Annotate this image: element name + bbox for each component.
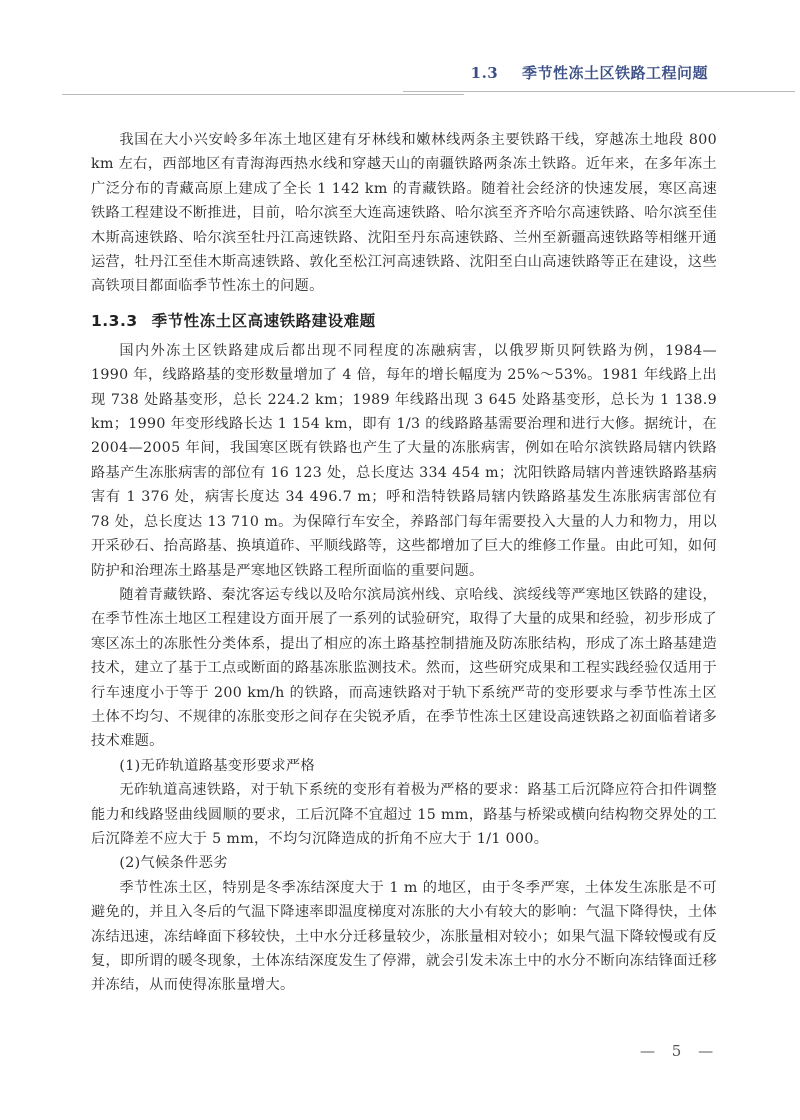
subsection-title: 季节性冻土区高速铁路建设难题	[152, 312, 376, 330]
page-number: — 5 —	[640, 1042, 719, 1060]
header-rule	[62, 94, 464, 95]
page-body: 我国在大小兴安岭多年冻土地区建有牙林线和嫩林线两条主要铁路干线，穿越冻土地段 8…	[91, 128, 717, 998]
subsection-heading: 1.3.3季节性冻土区高速铁路建设难题	[91, 309, 717, 333]
header-rule-accent	[403, 91, 795, 92]
body-paragraph: 随着青藏铁路、秦沈客运专线以及哈尔滨局滨州线、京哈线、滨绥线等严寒地区铁路的建设…	[91, 583, 717, 754]
running-header: 1.3 季节性冻土区铁路工程问题	[471, 62, 708, 86]
header-section-number: 1.3	[471, 64, 499, 82]
item-paragraph: 季节性冻土区，特别是冬季冻结深度大于 1 m 的地区，由于冬季严寒，土体发生冻胀…	[91, 876, 717, 998]
intro-paragraph: 我国在大小兴安岭多年冻土地区建有牙林线和嫩林线两条主要铁路干线，穿越冻土地段 8…	[91, 128, 717, 299]
item-heading: (2)气候条件恶劣	[91, 851, 717, 875]
item-heading: (1)无砟轨道路基变形要求严格	[91, 754, 717, 778]
item-paragraph: 无砟轨道高速铁路，对于轨下系统的变形有着极为严格的要求：路基工后沉降应符合扣件调…	[91, 778, 717, 851]
subsection-number: 1.3.3	[91, 312, 138, 330]
header-section-title: 季节性冻土区铁路工程问题	[522, 64, 708, 82]
body-paragraph: 国内外冻土区铁路建成后都出现不同程度的冻融病害，以俄罗斯贝阿铁路为例，1984—…	[91, 339, 717, 583]
